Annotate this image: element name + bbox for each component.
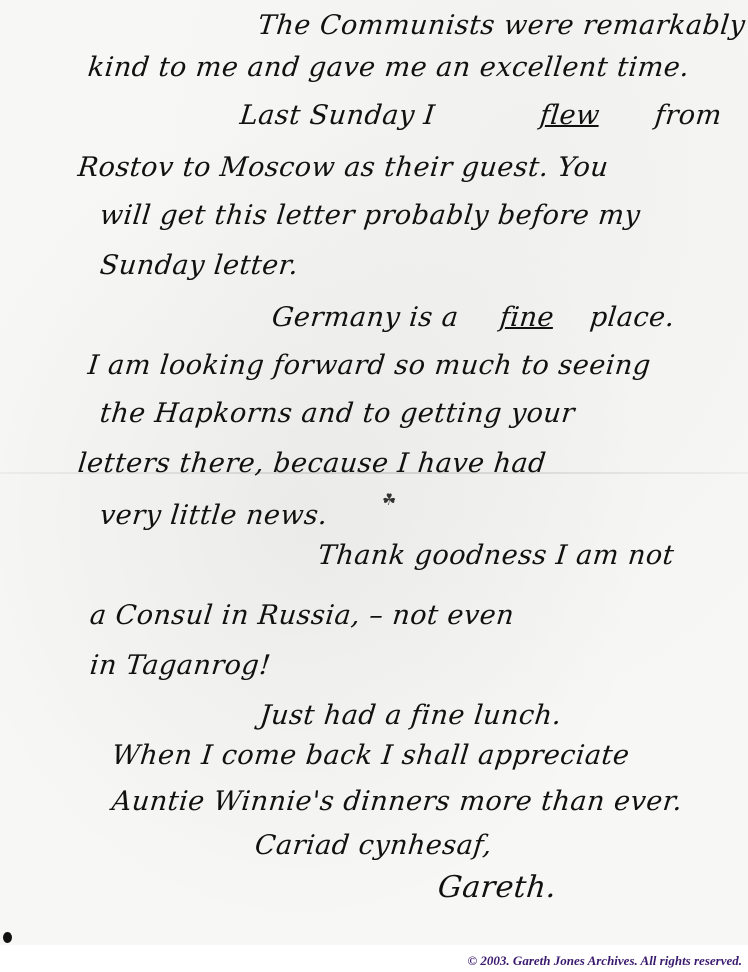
letter-page: The Communists were remarkably kind to m… — [0, 0, 748, 945]
letter-line: in Taganrog! — [88, 650, 272, 681]
letter-line-underlined: fine — [498, 302, 555, 333]
letter-line: a Consul in Russia, – not even — [88, 600, 515, 631]
letter-line: The Communists were remarkably — [256, 10, 747, 41]
letter-line: When I come back I shall appreciate — [110, 740, 631, 771]
letter-line: Rostov to Moscow as their guest. You — [76, 152, 610, 183]
letter-line: Germany is a — [270, 302, 460, 333]
copyright-notice: © 2003. Gareth Jones Archives. All right… — [467, 953, 742, 969]
letter-line-underlined: flew — [538, 100, 601, 131]
letter-line: Thank goodness I am not — [316, 540, 675, 571]
letter-line: letters there, because I have had — [76, 448, 547, 479]
letter-signature: Gareth. — [436, 870, 558, 905]
letter-line: will get this letter probably before my — [98, 200, 642, 231]
letter-line: Just had a fine lunch. — [258, 700, 563, 731]
letter-line: from — [653, 100, 723, 131]
letter-closing: Cariad cynhesaf, — [253, 830, 493, 861]
letter-line: kind to me and gave me an excellent time… — [86, 52, 691, 83]
letter-line: Auntie Winnie's dinners more than ever. — [110, 786, 684, 817]
letter-line: Sunday letter. — [98, 250, 300, 281]
letter-line: very little news. — [98, 500, 329, 531]
letter-line: place. — [588, 302, 676, 333]
ink-blot — [3, 932, 12, 943]
letter-line: Last Sunday I — [238, 100, 436, 131]
letter-line: the Hapkorns and to getting your — [98, 398, 576, 429]
letter-line: I am looking forward so much to seeing — [86, 350, 652, 381]
ink-ornament-icon: ☘ — [382, 490, 396, 509]
